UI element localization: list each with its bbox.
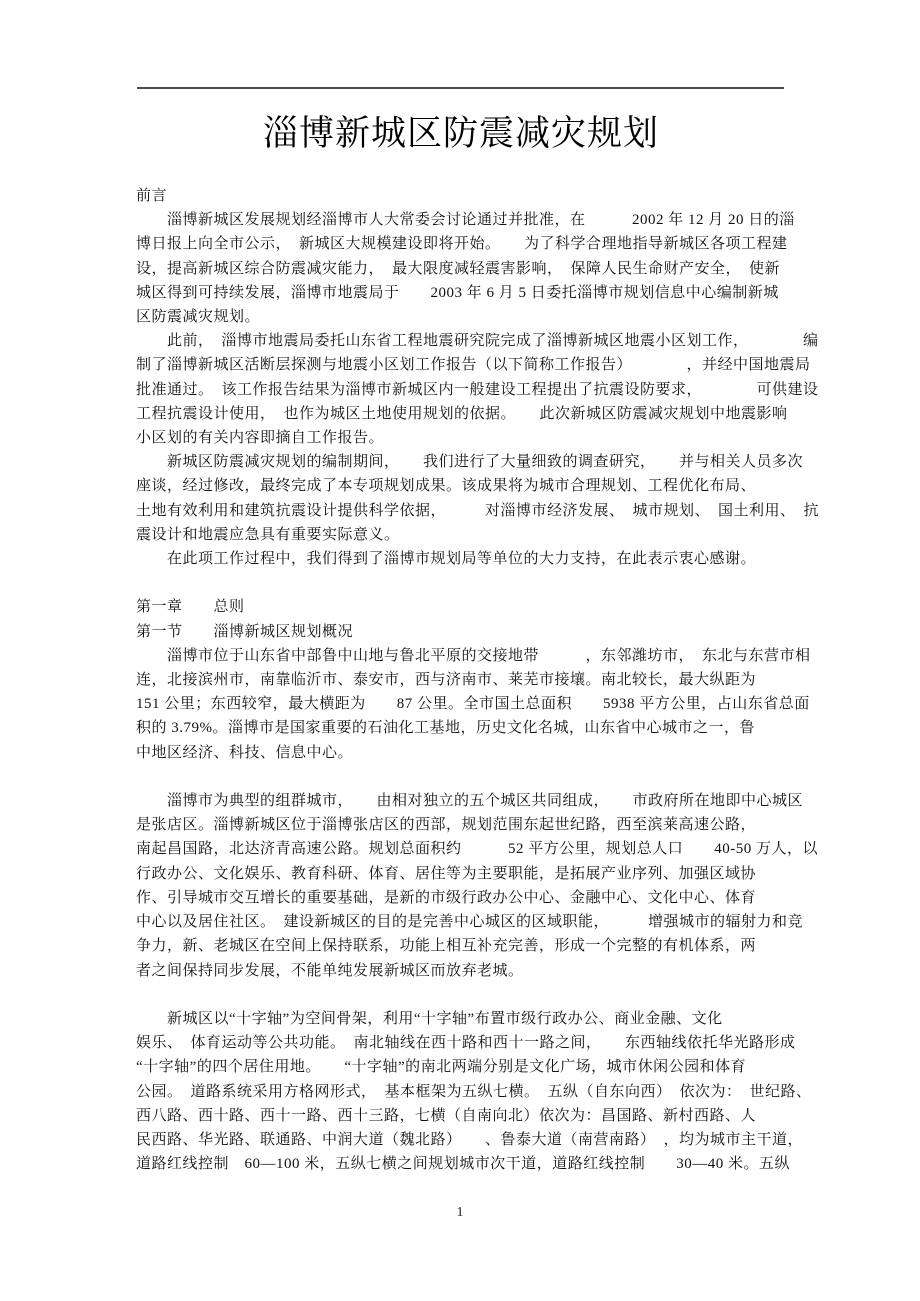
paragraph-line: 新城区以“十字轴”为空间骨架，利用“十字轴”布置市级行政办公、商业金融、文化 [136,1007,786,1031]
paragraph-line: 区防震减灾规划。 [136,305,786,329]
blank-line [136,765,786,789]
paragraph-line: 设，提高新城区综合防震减灾能力， 最大限度减轻震害影响， 保障人民生命财产安全，… [136,257,786,281]
document-title: 淄博新城区防震减灾规划 [136,112,786,156]
paragraph-line: 积的 3.79%。淄博市是国家重要的石油化工基地，历史文化名城，山东省中心城市之… [136,716,786,740]
paragraph-line: 作、引导城市交互增长的重要基础，是新的市级行政办公中心、金融中心、文化中心、体育 [136,886,786,910]
preface-label: 前言 [136,184,786,208]
section-heading: 第一节 淄博新城区规划概况 [136,620,786,644]
page-number: 1 [0,1205,920,1221]
paragraph-line: 土地有效利用和建筑抗震设计提供科学依据， 对淄博市经济发展、 城市规划、 国土利… [136,499,786,523]
paragraph-line: 小区划的有关内容即摘自工作报告。 [136,426,786,450]
paragraph-line: 娱乐、 体育运动等公共功能。 南北轴线在西十路和西十一路之间， 东西轴线依托华光… [136,1031,786,1055]
paragraph-line: 行政办公、文化娱乐、教育科研、体育、居住等为主要职能，是拓展产业序列、加强区域协 [136,862,786,886]
paragraph-line: 连，北接滨州市，南靠临沂市、泰安市，西与济南市、莱芜市接壤。南北较长，最大纵距为 [136,668,786,692]
paragraph-line: 此前， 淄博市地震局委托山东省工程地震研究院完成了淄博新城区地震小区划工作， 编 [136,329,786,353]
paragraph-line: 座谈，经过修改，最终完成了本专项规划成果。该成果将为城市合理规划、工程优化布局、 [136,474,786,498]
paragraph-line: 中心以及居住社区。 建设新城区的目的是完善中心城区的区域职能， 增强城市的辐射力… [136,910,786,934]
paragraph-line: 在此项工作过程中，我们得到了淄博市规划局等单位的大力支持，在此表示衷心感谢。 [136,547,786,571]
paragraph-line: 151 公里；东西较窄，最大横距为 87 公里。全市国土总面积 5938 平方公… [136,692,786,716]
paragraph-line: 争力，新、老城区在空间上保持联系，功能上相互补充完善，形成一个完整的有机体系，两 [136,934,786,958]
paragraph-line: 道路红线控制 60—100 米，五纵七横之间规划城市次干道，道路红线控制 30—… [136,1152,786,1176]
paragraph-line: 博日报上向全市公示， 新城区大规模建设即将开始。 为了科学合理地指导新城区各项工… [136,232,786,256]
paragraph-line: 西八路、西十路、西十一路、西十三路，七横（自南向北）依次为：昌国路、新村西路、人 [136,1104,786,1128]
paragraph-line: 批准通过。 该工作报告结果为淄博市新城区内一般建设工程提出了抗震设防要求， 可供… [136,378,786,402]
paragraph-line: 制了淄博新城区活断层探测与地震小区划工作报告（以下简称工作报告） ，并经中国地震… [136,353,786,377]
paragraph-line: 民西路、华光路、联通路、中润大道（魏北路） 、鲁泰大道（南营南路） ，均为城市主… [136,1128,786,1152]
paragraph-line: 淄博市位于山东省中部鲁中山地与鲁北平原的交接地带 ，东邻潍坊市， 东北与东营市相 [136,644,786,668]
paragraph-line: 是张店区。淄博新城区位于淄博张店区的西部，规划范围东起世纪路，西至滨莱高速公路， [136,813,786,837]
paragraph-line: 城区得到可持续发展，淄博市地震局于 2003 年 6 月 5 日委托淄博市规划信… [136,281,786,305]
paragraph-line: 震设计和地震应急具有重要实际意义。 [136,523,786,547]
paragraph-line: 者之间保持同步发展，不能单纯发展新城区而放弃老城。 [136,959,786,983]
blank-line [136,571,786,595]
paragraph-line: 新城区防震减灾规划的编制期间， 我们进行了大量细致的调查研究， 并与相关人员多次 [136,450,786,474]
paragraph-line: 中地区经济、科技、信息中心。 [136,741,786,765]
paragraph-line: 淄博新城区发展规划经淄博市人大常委会讨论通过并批准，在 2002 年 12 月 … [136,208,786,232]
document-body: 前言 淄博新城区发展规划经淄博市人大常委会讨论通过并批准，在 2002 年 12… [136,184,786,1176]
paragraph-line: 淄博市为典型的组群城市， 由相对独立的五个城区共同组成， 市政府所在地即中心城区 [136,789,786,813]
chapter-heading: 第一章 总则 [136,595,786,619]
paragraph-line: 南起昌国路，北达济青高速公路。规划总面积约 52 平方公里，规划总人口 40-5… [136,837,786,861]
paragraph-line: “十字轴”的四个居住用地。 “十字轴”的南北两端分别是文化广场，城市休闲公园和体… [136,1055,786,1079]
blank-line [136,983,786,1007]
document-page: 淄博新城区防震减灾规划 前言 淄博新城区发展规划经淄博市人大常委会讨论通过并批准… [136,0,786,1176]
paragraph-line: 公园。 道路系统采用方格网形式， 基本框架为五纵七横。 五纵（自东向西） 依次为… [136,1080,786,1104]
paragraph-line: 工程抗震设计使用， 也作为城区土地使用规划的依据。 此次新城区防震减灾规划中地震… [136,402,786,426]
